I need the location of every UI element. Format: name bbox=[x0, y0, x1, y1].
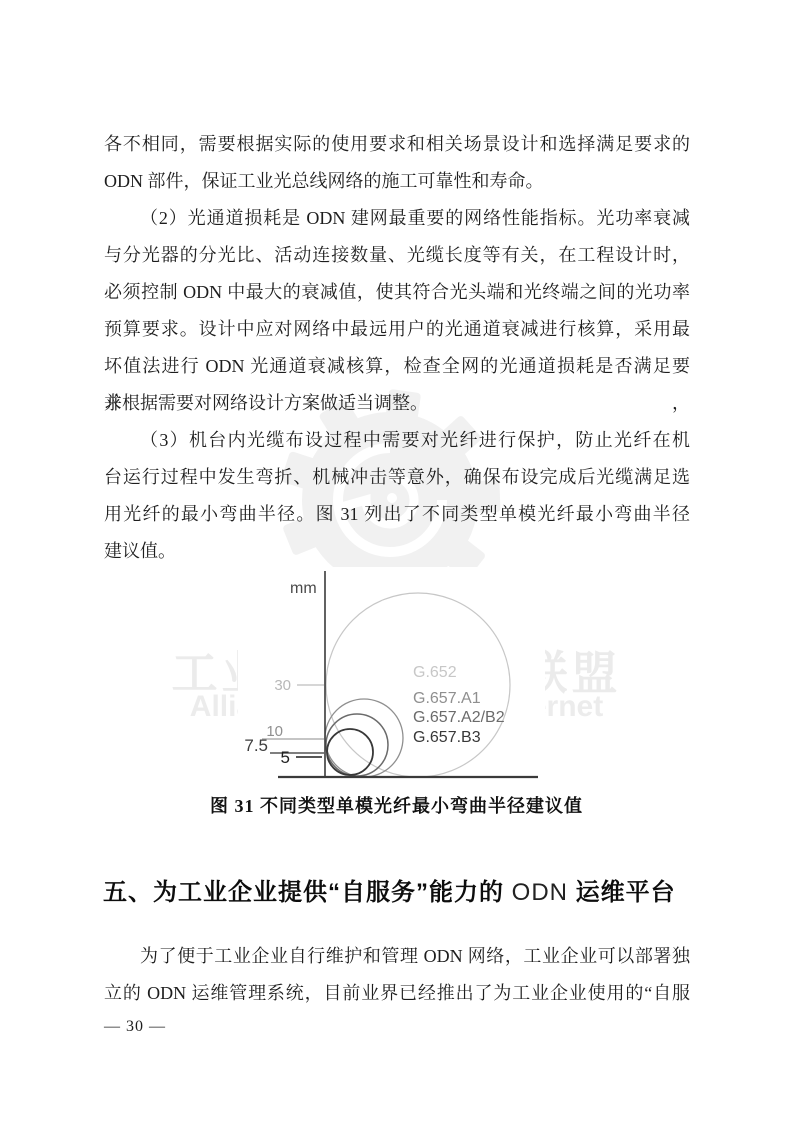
body-line: 坏值法进行 ODN 光通道衰减核算，检查全网的光通道损耗是否满足要求， bbox=[104, 348, 690, 385]
figure-caption: 图 31 不同类型单模光纤最小弯曲半径建议值 bbox=[0, 792, 793, 818]
body-paragraph-block-1: 各不相同，需要根据实际的使用要求和相关场景设计和选择满足要求的ODN 部件，保证… bbox=[104, 126, 690, 570]
heading-text-pre: 五、为工业企业提供“自服务”能力的 bbox=[103, 879, 512, 906]
document-page: 工业互联网产业联盟 Alliance of Industrial Interne… bbox=[0, 0, 793, 1122]
body-line: 各不相同，需要根据实际的使用要求和相关场景设计和选择满足要求的 bbox=[104, 126, 690, 163]
svg-text:mm: mm bbox=[290, 580, 317, 597]
svg-text:G.657.B3: G.657.B3 bbox=[413, 729, 481, 746]
svg-text:G.657.A1: G.657.A1 bbox=[413, 690, 481, 707]
svg-text:5: 5 bbox=[281, 748, 290, 767]
figure-31-diagram: 30107.55G.652G.657.A1G.657.A2/B2G.657.B3… bbox=[238, 558, 545, 798]
svg-text:G.652: G.652 bbox=[413, 664, 457, 681]
body-line: 必须控制 ODN 中最大的衰减值，使其符合光头端和光终端之间的光功率 bbox=[104, 274, 690, 311]
page-number: — 30 — bbox=[104, 1018, 166, 1036]
svg-text:10: 10 bbox=[266, 723, 283, 740]
body-line: （3）机台内光缆布设过程中需要对光纤进行保护，防止光纤在机 bbox=[104, 422, 690, 459]
figure-31: 30107.55G.652G.657.A1G.657.A2/B2G.657.B3… bbox=[238, 558, 545, 798]
body-line: 用光纤的最小弯曲半径。图 31 列出了不同类型单模光纤最小弯曲半径 bbox=[104, 496, 690, 533]
section-heading: 五、为工业企业提供“自服务”能力的 ODN 运维平台 bbox=[103, 872, 743, 907]
body-line: 立的 ODN 运维管理系统，目前业界已经推出了为工业企业使用的“自服 bbox=[104, 975, 690, 1012]
svg-text:30: 30 bbox=[274, 677, 291, 694]
svg-text:7.5: 7.5 bbox=[244, 736, 268, 755]
body-paragraph-block-2: 为了便于工业企业自行维护和管理 ODN 网络，工业企业可以部署独立的 ODN 运… bbox=[104, 938, 690, 1012]
body-line: 台运行过程中发生弯折、机械冲击等意外，确保布设完成后光缆满足选 bbox=[104, 459, 690, 496]
heading-text-latin: ODN bbox=[512, 879, 568, 906]
body-line: 为了便于工业企业自行维护和管理 ODN 网络，工业企业可以部署独 bbox=[104, 938, 690, 975]
body-line: （2）光通道损耗是 ODN 建网最重要的网络性能指标。光功率衰减 bbox=[104, 200, 690, 237]
body-line: ODN 部件，保证工业光总线网络的施工可靠性和寿命。 bbox=[104, 163, 690, 200]
body-line: 预算要求。设计中应对网络中最远用户的光通道衰减进行核算，采用最 bbox=[104, 311, 690, 348]
heading-text-post: 运维平台 bbox=[568, 879, 676, 906]
body-line: 与分光器的分光比、活动连接数量、光缆长度等有关，在工程设计时， bbox=[104, 237, 690, 274]
svg-text:G.657.A2/B2: G.657.A2/B2 bbox=[413, 709, 505, 726]
